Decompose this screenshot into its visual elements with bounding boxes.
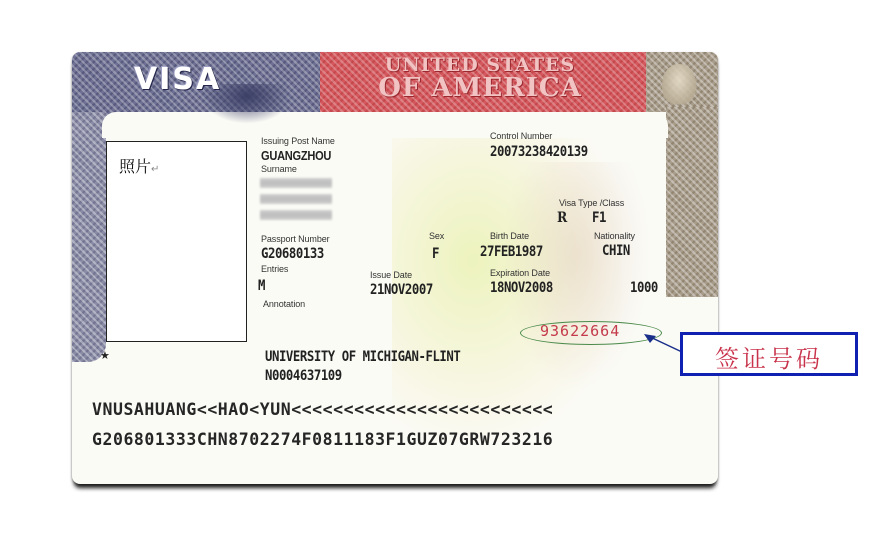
control-number-label: Control Number <box>490 131 552 141</box>
annotation-line2: N0004637109 <box>265 368 342 384</box>
blue-guilloche-side <box>72 112 106 362</box>
nationality-label: Nationality <box>594 231 635 241</box>
visa-number: 93622664 <box>540 322 620 340</box>
annotation-label: Annotation <box>263 299 305 309</box>
callout-arrow-icon <box>640 330 684 356</box>
tan-guilloche-side <box>666 107 718 297</box>
redacted-name-line <box>260 194 332 204</box>
issuing-post-label: Issuing Post Name <box>261 136 335 146</box>
redacted-name-line <box>260 210 332 220</box>
issuing-post-value: GUANGZHOU <box>261 148 331 163</box>
redacted-name-line <box>260 178 332 188</box>
entries-value: M <box>258 278 265 294</box>
star-icon: ★ <box>100 349 110 362</box>
visa-number-callout: 签证号码 <box>680 332 858 376</box>
expiration-date-value: 18NOV2008 <box>490 280 553 296</box>
issue-date-label: Issue Date <box>370 270 412 280</box>
birth-date-value: 27FEB1987 <box>480 244 543 260</box>
issue-date-value: 21NOV2007 <box>370 282 433 298</box>
return-mark-icon: ↵ <box>151 164 159 175</box>
country-title-line2: OF AMERICA <box>330 75 630 101</box>
mrz-line1: VNUSAHUANG<<HAO<YUN<<<<<<<<<<<<<<<<<<<<<… <box>92 400 553 419</box>
entries-label: Entries <box>261 264 288 274</box>
expiration-date-label: Expiration Date <box>490 268 550 278</box>
photo-label: 照片↵ <box>119 154 159 177</box>
photo-placeholder: 照片↵ <box>106 141 247 342</box>
visa-card: VISA UNITED STATES OF AMERICA 照片↵ ★ Issu… <box>72 52 718 484</box>
birth-date-label: Birth Date <box>490 231 529 241</box>
passport-number-value: G20680133 <box>261 246 324 262</box>
surname-label: Surname <box>261 164 297 174</box>
fee-code-value: 1000 <box>630 280 658 296</box>
country-title: UNITED STATES OF AMERICA <box>330 56 630 101</box>
sex-label: Sex <box>429 231 444 241</box>
control-number-value: 20073238420139 <box>490 144 588 160</box>
visa-class-value: F1 <box>592 210 606 226</box>
visa-type-value: R <box>557 210 567 226</box>
callout-label: 签证号码 <box>683 339 855 374</box>
passport-number-label: Passport Number <box>261 234 330 244</box>
nationality-value: CHIN <box>602 243 630 259</box>
mrz-line2: G206801333CHN8702274F0811183F1GUZ07GRW72… <box>92 430 553 449</box>
visa-type-class-label: Visa Type /Class <box>559 198 624 208</box>
lincoln-portrait-icon <box>662 64 696 104</box>
inner-panel-top <box>102 112 668 138</box>
sex-value: F <box>432 246 439 262</box>
annotation-line1: UNIVERSITY OF MICHIGAN-FLINT <box>265 349 460 365</box>
visa-title: VISA <box>134 62 221 97</box>
